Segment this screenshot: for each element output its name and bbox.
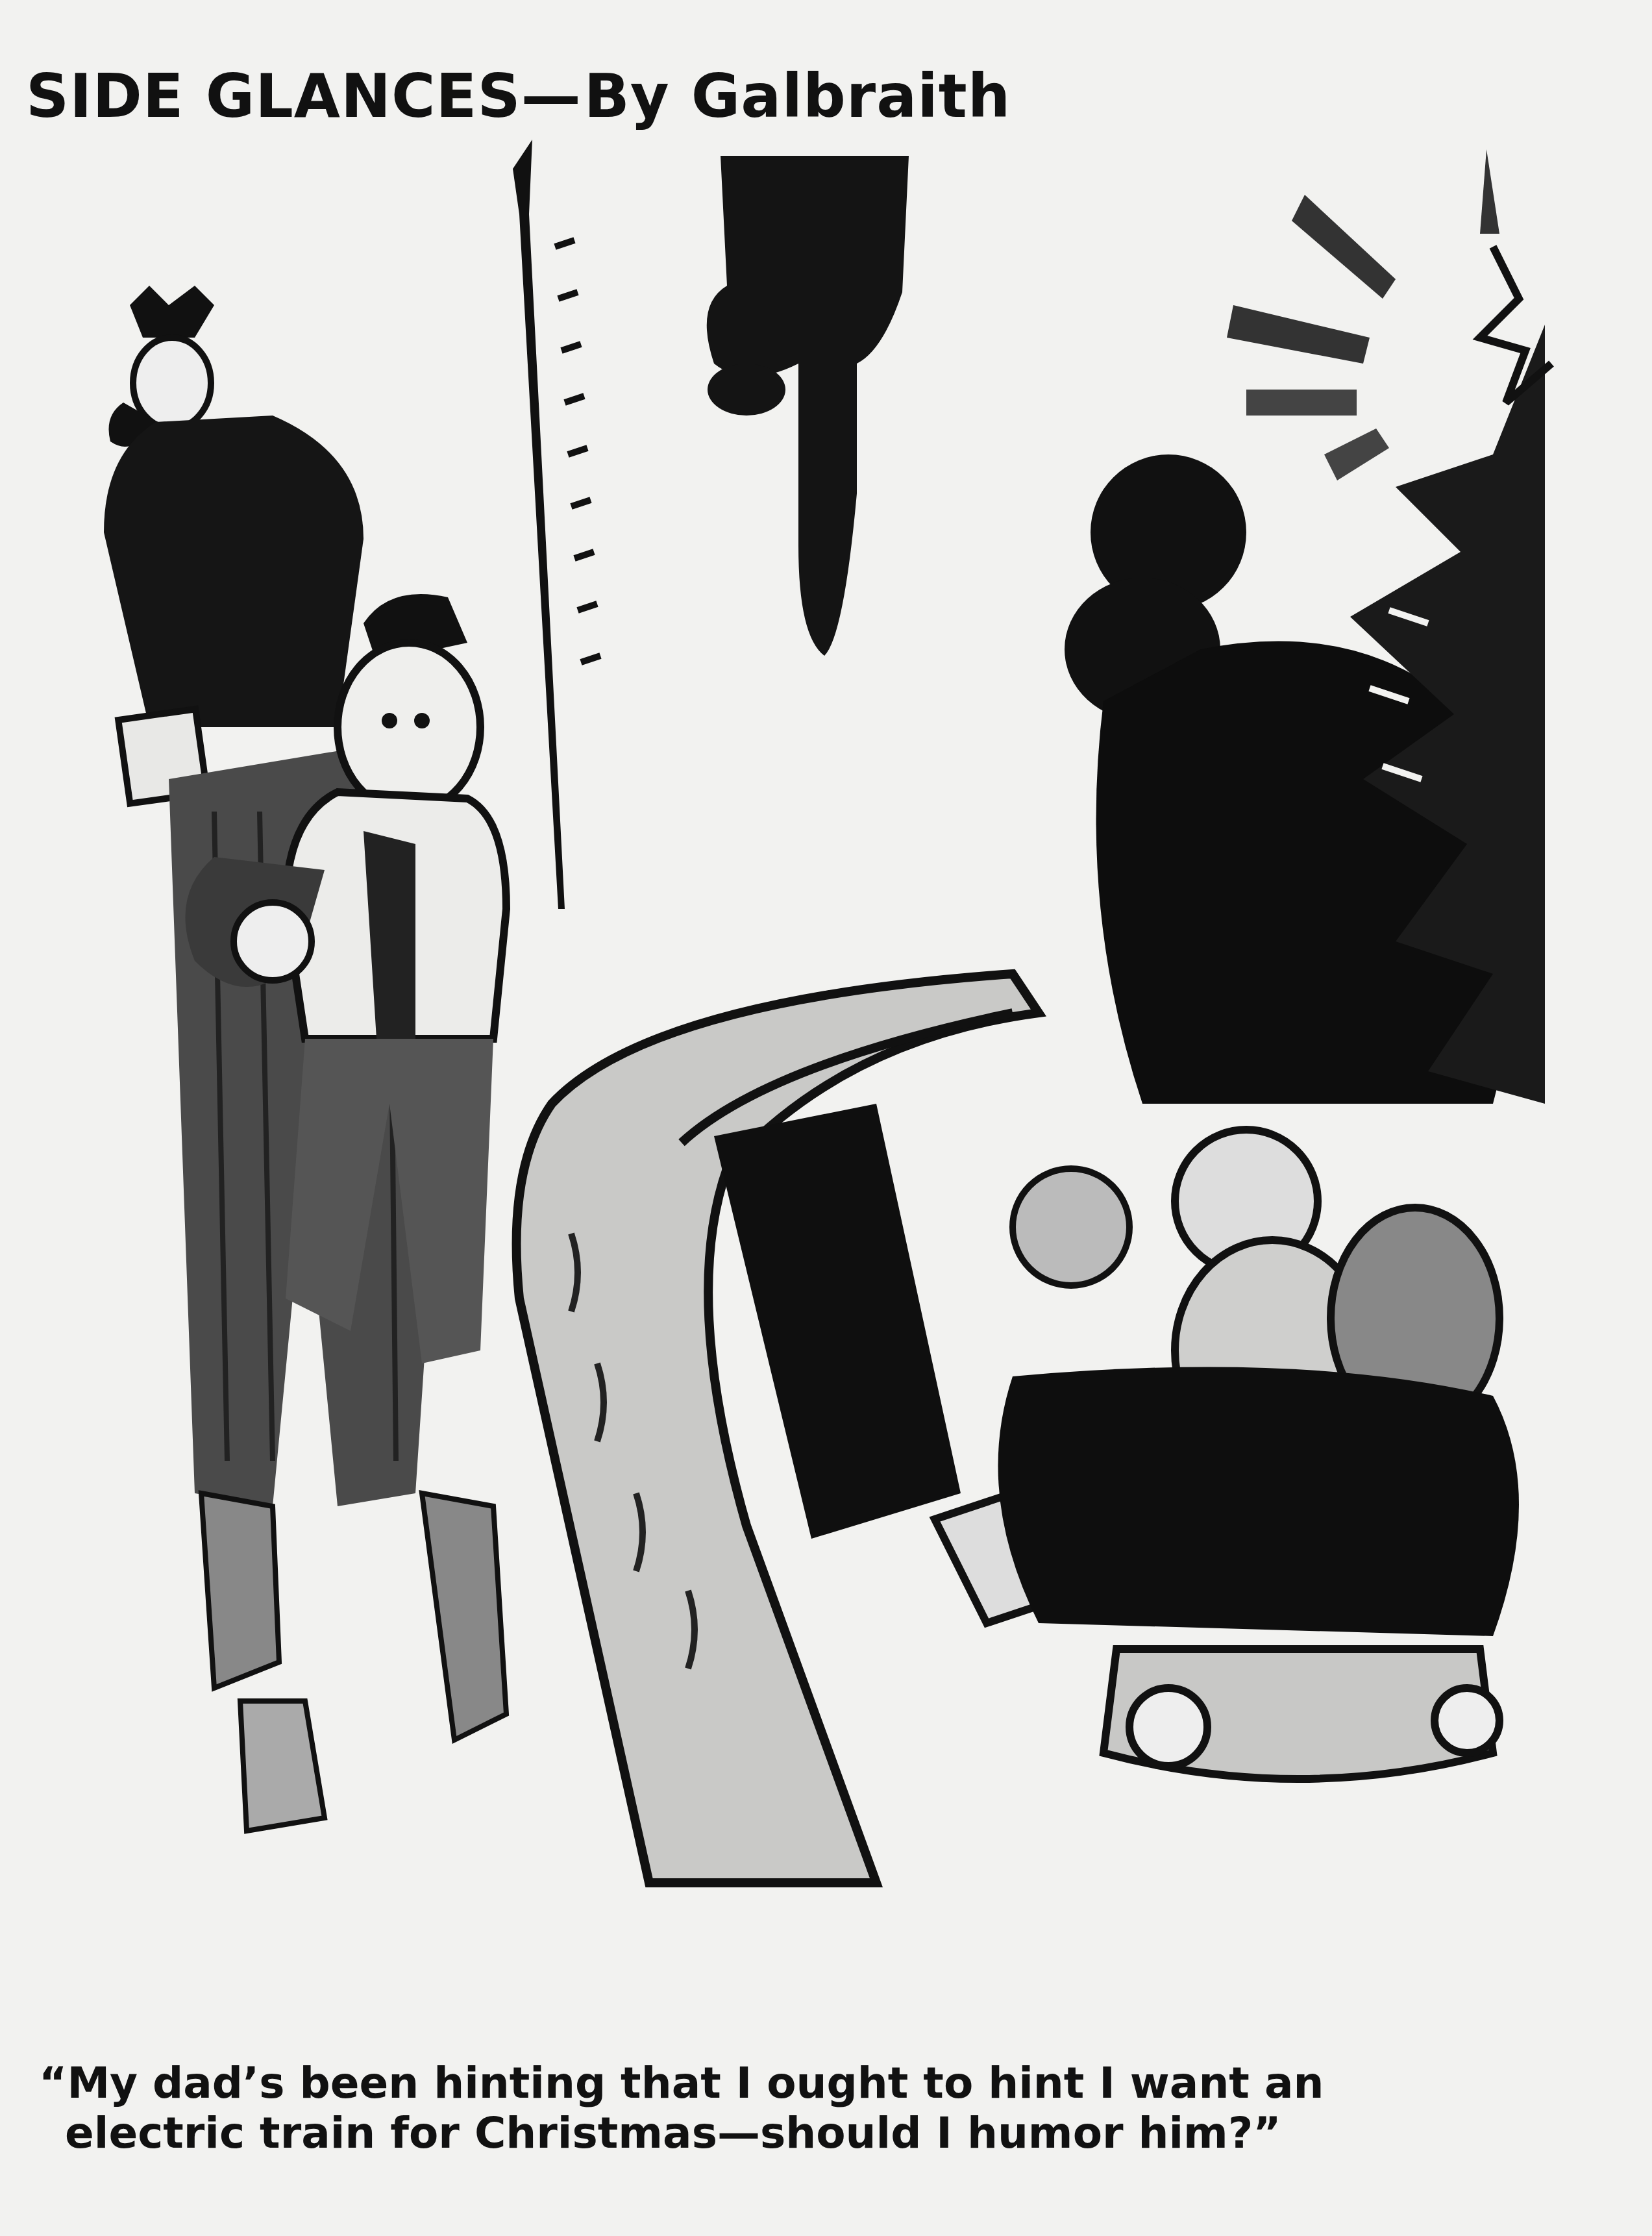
cartoon-caption: “My dad’s been hinting that I ought to h… xyxy=(39,2058,1623,2158)
teddy-bears-small xyxy=(998,1130,1520,1779)
toy-train-track xyxy=(517,974,1039,1883)
caption-line-1: “My dad’s been hinting that I ought to h… xyxy=(39,2058,1324,2108)
counter-pole xyxy=(513,140,600,909)
toy-dog-on-wheels xyxy=(998,1367,1520,1636)
toy-train-car xyxy=(714,1104,961,1539)
cartoon-illustration xyxy=(0,0,1652,2236)
hanging-stocking xyxy=(707,156,909,656)
caption-line-2: electric train for Christmas—should I hu… xyxy=(39,2108,1623,2158)
